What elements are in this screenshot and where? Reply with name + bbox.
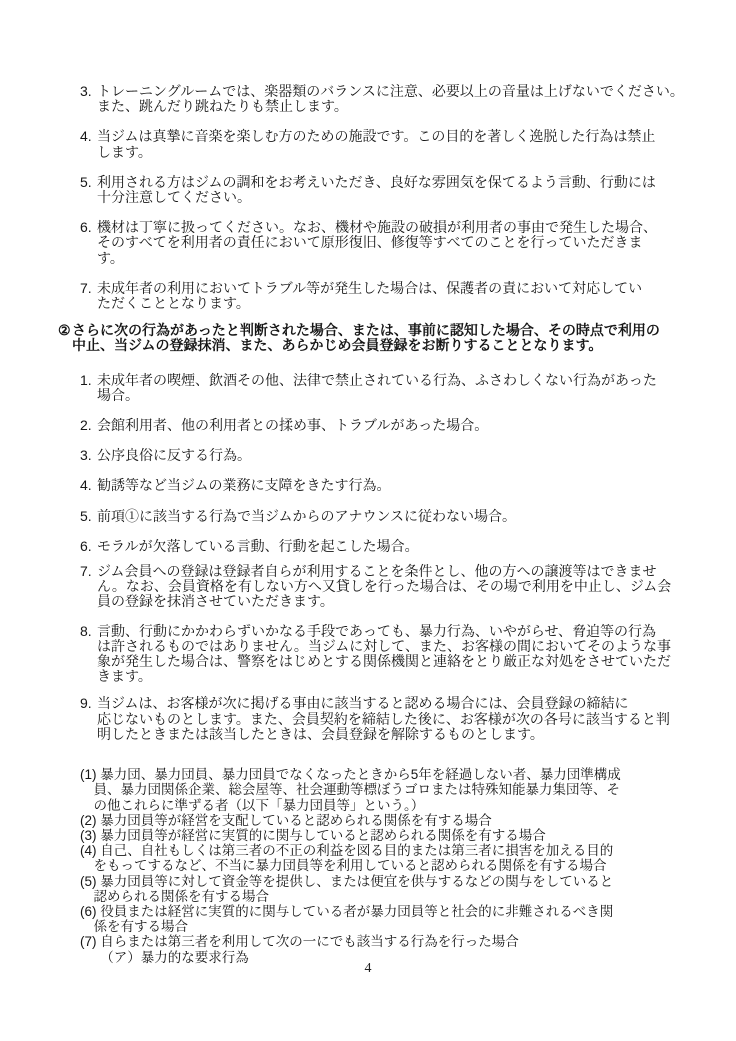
page-number: 4 [0,961,736,976]
rule-item-2-2: 2. 会館利用者、他の利用者との揉め事、トラブルがあった場合。 [80,418,692,433]
item-number: 2. [80,418,97,433]
rule-item-2-3: 3. 公序良俗に反する行為。 [80,448,692,463]
item-number: 4. [80,129,97,159]
item-number: 1. [80,373,97,403]
item-number: 6. [80,539,97,554]
section2-heading-text: さらに次の行為があったと判断された場合、または、事前に認知した場合、その時点で利… [72,323,692,353]
sub-item-4: (4) 自己、自社もしくは第三者の不正の利益を図る目的または第三者に損害を加える… [80,843,692,873]
rule-item-2-7: 7. ジム会員への登録は登録者自らが利用することを条件とし、他の方への譲渡等はで… [80,564,692,610]
item-text: 未成年者の利用においてトラブル等が発生した場合は、保護者の責において対応してい … [97,281,692,311]
rule-item-1-4: 4. 当ジムは真摯に音楽を楽しむ方のための施設です。この目的を著しく逸脱した行為… [80,129,692,159]
sub-item-7: (7) 自らまたは第三者を利用して次の一にでも該当する行為を行った場合 [80,934,692,949]
item-text: 当ジムは真摯に音楽を楽しむ方のための施設です。この目的を著しく逸脱した行為は禁止… [97,129,692,159]
item-number: 9. [80,696,97,742]
rule-item-1-6: 6. 機材は丁寧に扱ってください。なお、機材や施設の破損が利用者の事由で発生した… [80,220,692,266]
item-text: 勧誘等など当ジムの業務に支障をきたす行為。 [97,478,692,493]
rule-item-1-5: 5. 利用される方はジムの調和をお考えいただき、良好な雰囲気を保てるよう言動、行… [80,175,692,205]
rule-item-1-7: 7. 未成年者の利用においてトラブル等が発生した場合は、保護者の責において対応し… [80,281,692,311]
item-number: 5. [80,509,97,524]
item-text: 当ジムは、お客様が次に掲げる事由に該当すると認める場合には、会員登録の締結に 応… [97,696,692,742]
item-number: 7. [80,281,97,311]
item-text: ジム会員への登録は登録者自らが利用することを条件とし、他の方への譲渡等はできませ… [97,564,692,610]
rule-item-2-1: 1. 未成年者の喫煙、飲酒その他、法律で禁止されている行為、ふさわしくない行為が… [80,373,692,403]
item-text: 言動、行動にかかわらずいかなる手段であっても、暴力行為、いやがらせ、脅迫等の行為… [97,624,692,685]
document-page: 3. トレーニングルームでは、楽器類のバランスに注意、必要以上の音量は上げないで… [0,0,736,1041]
item-number: 8. [80,624,97,685]
item-text: 会館利用者、他の利用者との揉め事、トラブルがあった場合。 [97,418,692,433]
item-text: モラルが欠落している言動、行動を起こした場合。 [97,539,692,554]
item-number: 5. [80,175,97,205]
section2-heading: ② さらに次の行為があったと判断された場合、または、事前に認知した場合、その時点… [58,323,692,353]
sub-item-5: (5) 暴力団員等に対して資金等を提供し、または便宜を供与するなどの関与をしてい… [80,874,692,904]
rule-item-2-8: 8. 言動、行動にかかわらずいかなる手段であっても、暴力行為、いやがらせ、脅迫等… [80,624,692,685]
item-number: 6. [80,220,97,266]
rule-item-2-6: 6. モラルが欠落している言動、行動を起こした場合。 [80,539,692,554]
sub-item-3: (3) 暴力団員等が経営に実質的に関与していると認められる関係を有する場合 [80,828,692,843]
sub-item-1: (1) 暴力団、暴力団員、暴力団員でなくなったときから5年を経過しない者、暴力団… [80,767,692,813]
item-text: 利用される方はジムの調和をお考えいただき、良好な雰囲気を保てるよう言動、行動には… [97,175,692,205]
item-text: 機材は丁寧に扱ってください。なお、機材や施設の破損が利用者の事由で発生した場合、… [97,220,692,266]
rule-item-2-5: 5. 前項①に該当する行為で当ジムからのアナウンスに従わない場合。 [80,509,692,524]
item-number: 4. [80,478,97,493]
item-text: 未成年者の喫煙、飲酒その他、法律で禁止されている行為、ふさわしくない行為があった… [97,373,692,403]
item-number: 7. [80,564,97,610]
antisocial-clause-list: (1) 暴力団、暴力団員、暴力団員でなくなったときから5年を経過しない者、暴力団… [80,767,692,965]
document-content: 3. トレーニングルームでは、楽器類のバランスに注意、必要以上の音量は上げないで… [58,84,692,965]
sub-item-2: (2) 暴力団員等が経営を支配していると認められる関係を有する場合 [80,813,692,828]
rule-item-1-3: 3. トレーニングルームでは、楽器類のバランスに注意、必要以上の音量は上げないで… [80,84,692,114]
item-number: 3. [80,448,97,463]
item-text: 公序良俗に反する行為。 [97,448,692,463]
item-number: 3. [80,84,97,114]
rule-item-2-4: 4. 勧誘等など当ジムの業務に支障をきたす行為。 [80,478,692,493]
rule-item-2-9: 9. 当ジムは、お客様が次に掲げる事由に該当すると認める場合には、会員登録の締結… [80,696,692,742]
item-text: トレーニングルームでは、楽器類のバランスに注意、必要以上の音量は上げないでくださ… [97,84,692,114]
section2-marker: ② [58,323,72,353]
item-text: 前項①に該当する行為で当ジムからのアナウンスに従わない場合。 [97,509,692,524]
sub-item-6: (6) 役員または経営に実質的に関与している者が暴力団員等と社会的に非難されるべ… [80,904,692,934]
